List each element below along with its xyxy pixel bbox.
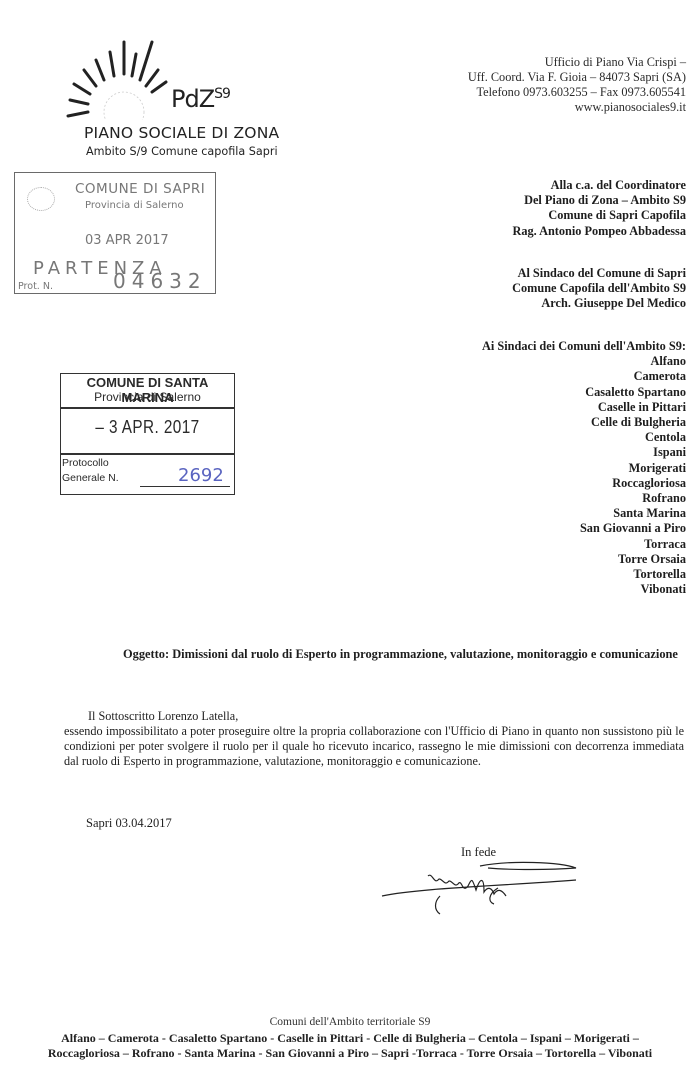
stamp-label: Protocollo bbox=[62, 457, 109, 469]
office-line: Telefono 0973.603255 – Fax 0973.605541 bbox=[468, 85, 686, 100]
municipality-item: Vibonati bbox=[482, 582, 686, 597]
recipient-line: Rag. Antonio Pompeo Abbadessa bbox=[512, 224, 686, 239]
stamp-comune-sapri: COMUNE DI SAPRI Provincia di Salerno 03 … bbox=[14, 172, 216, 294]
municipality-item: Alfano bbox=[482, 354, 686, 369]
municipality-item: Torre Orsaia bbox=[482, 552, 686, 567]
footer-municipalities-2: Roccagloriosa – Rofrano - Santa Marina -… bbox=[0, 1046, 700, 1061]
stamp-label: Generale N. bbox=[62, 472, 119, 484]
municipality-item: Casaletto Spartano bbox=[482, 385, 686, 400]
letter-body: Il Sottoscritto Lorenzo Latella, essendo… bbox=[64, 709, 684, 769]
stamp-prot-label: Prot. N. bbox=[18, 281, 53, 292]
recipient-line: Alla c.a. del Coordinatore bbox=[512, 178, 686, 193]
recipient-mayors-list: Ai Sindaci dei Comuni dell'Ambito S9: Al… bbox=[482, 339, 686, 597]
municipality-item: Camerota bbox=[482, 369, 686, 384]
recipient-line: Al Sindaco del Comune di Sapri bbox=[512, 266, 686, 281]
municipality-item: Centola bbox=[482, 430, 686, 445]
municipality-list: AlfanoCamerotaCasaletto SpartanoCaselle … bbox=[482, 354, 686, 597]
office-address: Ufficio di Piano Via Crispi – Uff. Coord… bbox=[468, 55, 686, 115]
municipality-item: Roccagloriosa bbox=[482, 476, 686, 491]
letter-date: Sapri 03.04.2017 bbox=[86, 816, 172, 831]
stamp-province: Provincia di Salerno bbox=[85, 200, 184, 211]
subject-line: Oggetto: Dimissioni dal ruolo di Esperto… bbox=[123, 647, 678, 662]
recipient-heading: Ai Sindaci dei Comuni dell'Ambito S9: bbox=[482, 339, 686, 354]
municipality-item: San Giovanni a Piro bbox=[482, 521, 686, 536]
recipient-line: Arch. Giuseppe Del Medico bbox=[512, 296, 686, 311]
stamp-date: – 3 APR. 2017 bbox=[73, 417, 222, 438]
municipality-item: Rofrano bbox=[482, 491, 686, 506]
footer-municipalities-1: Alfano – Camerota - Casaletto Spartano -… bbox=[0, 1031, 700, 1046]
stamp-province: Provincia di Salerno bbox=[60, 390, 235, 404]
municipality-item: Celle di Bulgheria bbox=[482, 415, 686, 430]
stamp-date: 03 APR 2017 bbox=[85, 233, 169, 248]
municipality-item: Torraca bbox=[482, 537, 686, 552]
office-line: Ufficio di Piano Via Crispi – bbox=[468, 55, 686, 70]
municipality-item: Tortorella bbox=[482, 567, 686, 582]
body-text: essendo impossibilitato a poter prosegui… bbox=[64, 724, 684, 769]
recipient-coordinator: Alla c.a. del Coordinatore Del Piano di … bbox=[512, 178, 686, 239]
logo-subtitle: Ambito S/9 Comune capofila Sapri bbox=[86, 145, 278, 158]
stamp-protocol-number: 2692 bbox=[178, 465, 224, 486]
recipient-mayor: Al Sindaco del Comune di Sapri Comune Ca… bbox=[512, 266, 686, 312]
municipality-item: Caselle in Pittari bbox=[482, 400, 686, 415]
municipality-item: Ispani bbox=[482, 445, 686, 460]
recipient-line: Comune Capofila dell'Ambito S9 bbox=[512, 281, 686, 296]
divider bbox=[60, 453, 235, 455]
divider bbox=[60, 407, 235, 409]
footer-title: Comuni dell'Ambito territoriale S9 bbox=[0, 1016, 700, 1028]
website-link[interactable]: www.pianosociales9.it bbox=[468, 100, 686, 115]
signature-icon bbox=[380, 858, 580, 918]
recipient-line: Comune di Sapri Capofila bbox=[512, 208, 686, 223]
recipient-line: Del Piano di Zona – Ambito S9 bbox=[512, 193, 686, 208]
stamp-comune-santa-marina: COMUNE DI SANTA MARINA Provincia di Sale… bbox=[60, 373, 235, 493]
sun-rays-icon bbox=[66, 30, 176, 120]
logo-title: PIANO SOCIALE DI ZONA bbox=[84, 124, 279, 142]
municipality-item: Santa Marina bbox=[482, 506, 686, 521]
seal-icon bbox=[27, 187, 55, 211]
municipality-item: Morigerati bbox=[482, 461, 686, 476]
underline bbox=[140, 486, 230, 487]
office-line: Uff. Coord. Via F. Gioia – 84073 Sapri (… bbox=[468, 70, 686, 85]
body-opening: Il Sottoscritto Lorenzo Latella, bbox=[64, 709, 684, 724]
stamp-prot-number: 04632 bbox=[113, 269, 207, 293]
stamp-title: COMUNE DI SAPRI bbox=[75, 181, 205, 197]
logo-mark: PdZS9 bbox=[171, 85, 230, 113]
logo: PdZS9 PIANO SOCIALE DI ZONA Ambito S/9 C… bbox=[66, 30, 306, 160]
